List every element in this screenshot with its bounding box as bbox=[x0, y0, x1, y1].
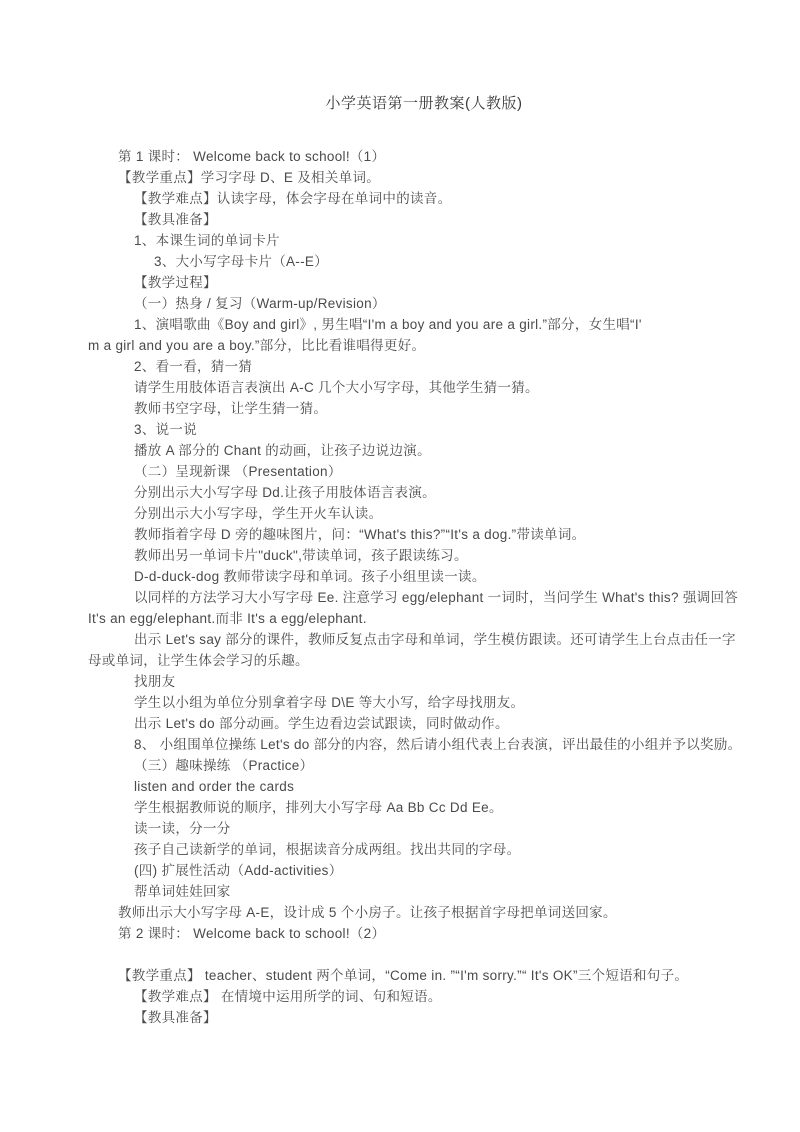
doc-line bbox=[88, 944, 760, 965]
doc-line: 孩子自己读新学的单词，根据读音分成两组。找出共同的字母。 bbox=[134, 839, 760, 860]
doc-line: 1、演唱歌曲《Boy and girl》, 男生唱“I'm a boy and … bbox=[134, 314, 760, 335]
doc-line: 第 2 课时： Welcome back to school!（2） bbox=[118, 923, 760, 944]
doc-line: 第 1 课时： Welcome back to school!（1） bbox=[118, 146, 760, 167]
doc-line: 分别出示大小写字母 Dd.让孩子用肢体语言表演。 bbox=[134, 482, 760, 503]
doc-line: 帮单词娃娃回家 bbox=[134, 881, 760, 902]
doc-line: （三）趣味操练 （Practice） bbox=[134, 755, 760, 776]
doc-line: m a girl and you are a boy.”部分，比比看谁唱得更好。 bbox=[88, 335, 760, 356]
doc-line: It's an egg/elephant.而非 It's a egg/eleph… bbox=[88, 608, 760, 629]
doc-line: 出示 Let's do 部分动画。学生边看边尝试跟读，同时做动作。 bbox=[134, 713, 760, 734]
doc-line: 教师出另一单词卡片"duck",带读单词，孩子跟读练习。 bbox=[134, 545, 760, 566]
doc-line: (四) 扩展性活动（Add-activities） bbox=[134, 860, 760, 881]
doc-line: 读一读，分一分 bbox=[134, 818, 760, 839]
doc-line: 【教具准备】 bbox=[134, 1007, 760, 1028]
doc-line: 【教学难点】认读字母，体会字母在单词中的读音。 bbox=[134, 188, 760, 209]
doc-line: 教师出示大小写字母 A-E，设计成 5 个小房子。让孩子根据首字母把单词送回家。 bbox=[118, 902, 760, 923]
doc-line: 学生根据教师说的顺序，排列大小写字母 Aa Bb Cc Dd Ee。 bbox=[134, 797, 760, 818]
doc-line: 3、大小写字母卡片（A--E） bbox=[154, 251, 760, 272]
doc-line: 【教学重点】学习字母 D、E 及相关单词。 bbox=[118, 167, 760, 188]
doc-line: 找朋友 bbox=[134, 671, 760, 692]
doc-line: listen and order the cards bbox=[134, 776, 760, 797]
doc-line: 教师书空字母，让学生猜一猜。 bbox=[134, 398, 760, 419]
doc-line: 教师指着字母 D 旁的趣味图片，问：“What's this?”“It's a … bbox=[134, 524, 760, 545]
doc-line: 2、看一看，猜一猜 bbox=[134, 356, 760, 377]
doc-line: 【教学过程】 bbox=[134, 272, 760, 293]
doc-line: 8、 小组围单位操练 Let's do 部分的内容，然后请小组代表上台表演，评出… bbox=[134, 734, 760, 755]
doc-line: 请学生用肢体语言表演出 A-C 几个大小写字母，其他学生猜一猜。 bbox=[134, 377, 760, 398]
doc-line: D-d-duck-dog 教师带读字母和单词。孩子小组里读一读。 bbox=[134, 566, 760, 587]
page-title: 小学英语第一册教案(人教版) bbox=[88, 92, 760, 116]
doc-line: （一）热身 / 复习（Warm-up/Revision） bbox=[134, 293, 760, 314]
doc-line: 学生以小组为单位分别拿着字母 D\E 等大小写，给字母找朋友。 bbox=[134, 692, 760, 713]
doc-line: 分别出示大小写字母，学生开火车认读。 bbox=[134, 503, 760, 524]
document-body: 小学英语第一册教案(人教版) 第 1 课时： Welcome back to s… bbox=[0, 0, 800, 1028]
doc-line: 3、说一说 bbox=[134, 419, 760, 440]
doc-line: 以同样的方法学习大小写字母 Ee. 注意学习 egg/elephant 一词时，… bbox=[134, 587, 760, 608]
doc-lines: 第 1 课时： Welcome back to school!（1）【教学重点】… bbox=[88, 146, 760, 1028]
doc-line: 【教具准备】 bbox=[134, 209, 760, 230]
doc-line: 出示 Let's say 部分的课件，教师反复点击字母和单词，学生模仿跟读。还可… bbox=[134, 629, 760, 650]
doc-line: （二）呈现新课 （Presentation） bbox=[134, 461, 760, 482]
doc-line: 母或单词，让学生体会学习的乐趣。 bbox=[88, 650, 760, 671]
doc-line: 【教学重点】 teacher、student 两个单词，“Come in. ”“… bbox=[118, 965, 760, 986]
doc-line: 1、本课生词的单词卡片 bbox=[134, 230, 760, 251]
document-page: 小学英语第一册教案(人教版) 第 1 课时： Welcome back to s… bbox=[0, 0, 800, 1132]
doc-line: 【教学难点】 在情境中运用所学的词、句和短语。 bbox=[134, 986, 760, 1007]
doc-line: 播放 A 部分的 Chant 的动画，让孩子边说边演。 bbox=[134, 440, 760, 461]
